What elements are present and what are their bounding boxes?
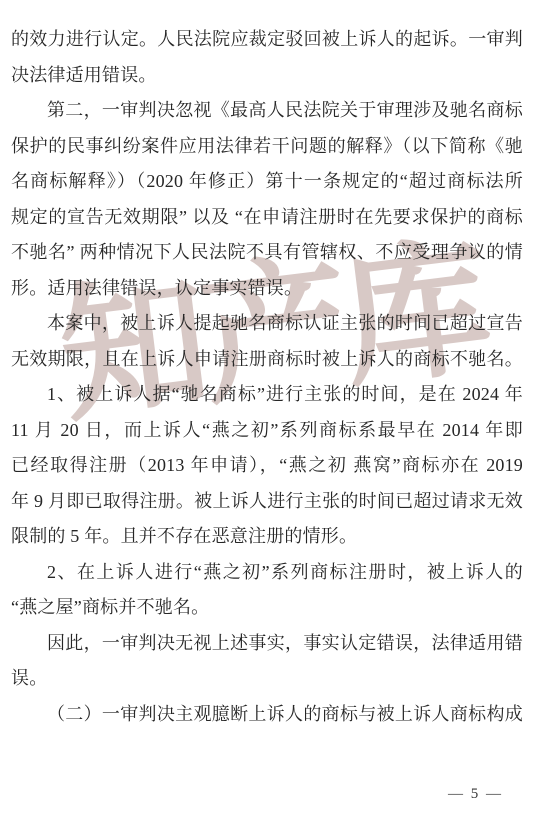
text-line: 决法律适用错误。 [11,58,523,94]
text-line: 已经取得注册（2013 年申请），“燕之初 燕窝”商标亦在 2019 [11,448,523,484]
text-line: 第二，一审判决忽视《最高人民法院关于审理涉及驰名商标 [11,93,523,129]
text-line: 11 月 20 日，而上诉人“燕之初”系列商标系最早在 2014 年即 [11,413,523,449]
text-line: 规定的宣告无效期限” 以及 “在申请注册时在先要求保护的商标 [11,200,523,236]
text-line: 无效期限，且在上诉人申请注册商标时被上诉人的商标不驰名。 [11,342,523,378]
text-line: 1、被上诉人据“驰名商标”进行主张的时间，是在 2024 年 [11,377,523,413]
text-line: 因此，一审判决无视上述事实，事实认定错误，法律适用错 [11,626,523,662]
text-line: 的效力进行认定。人民法院应裁定驳回被上诉人的起诉。一审判 [11,22,523,58]
text-line: 限制的 5 年。且并不存在恶意注册的情形。 [11,519,523,555]
text-line: 保护的民事纠纷案件应用法律若干问题的解释》（以下简称《驰 [11,129,523,165]
text-line: 误。 [11,661,523,697]
text-line: 本案中，被上诉人提起驰名商标认证主张的时间已超过宣告 [11,306,523,342]
text-line: “燕之屋”商标并不驰名。 [11,590,523,626]
document-page: 知产库 的效力进行认定。人民法院应裁定驳回被上诉人的起诉。一审判决法律适用错误。… [0,0,546,819]
text-line: 年 9 月即已取得注册。被上诉人进行主张的时间已超过请求无效 [11,484,523,520]
text-line: 名商标解释》）（2020 年修正）第十一条规定的“超过商标法所 [11,164,523,200]
text-line: 不驰名” 两种情况下人民法院不具有管辖权、不应受理争议的情 [11,235,523,271]
document-body: 的效力进行认定。人民法院应裁定驳回被上诉人的起诉。一审判决法律适用错误。第二，一… [11,22,523,732]
page-number: — 5 — [448,786,503,803]
text-line: 2、在上诉人进行“燕之初”系列商标注册时，被上诉人的 [11,555,523,591]
text-line: 形。适用法律错误，认定事实错误。 [11,271,523,307]
text-line: （二）一审判决主观臆断上诉人的商标与被上诉人商标构成 [11,697,523,733]
